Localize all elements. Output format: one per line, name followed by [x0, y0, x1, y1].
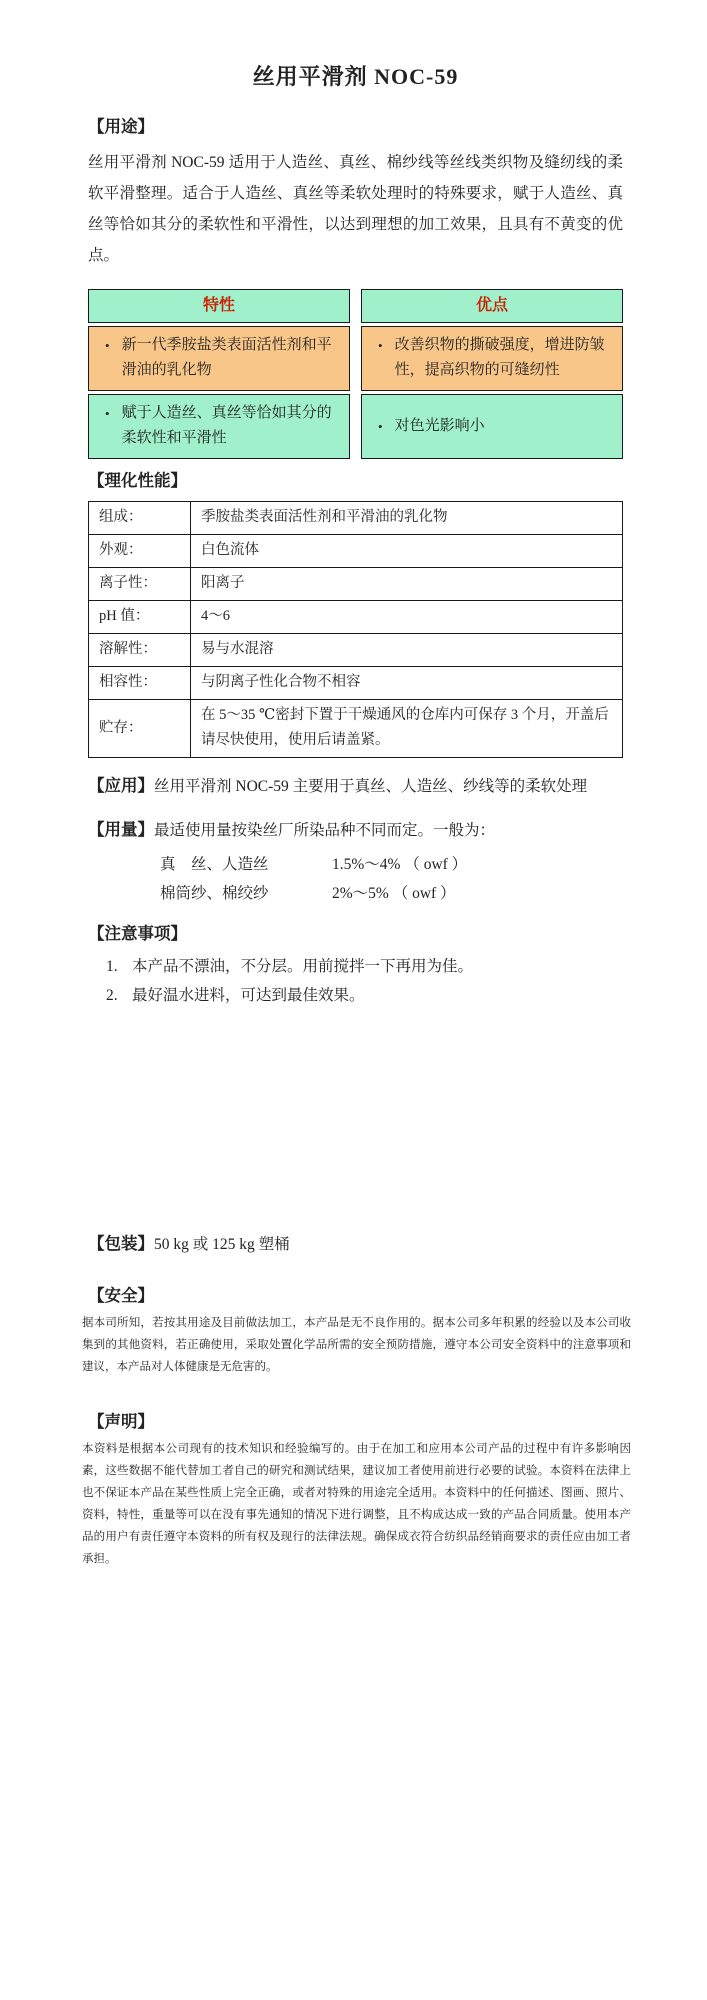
note-number: 2. — [106, 981, 132, 1010]
packaging-heading: 【包装】 — [88, 1234, 154, 1253]
bullet-icon: • — [99, 401, 110, 426]
application-text: 丝用平滑剂 NOC-59 主要用于真丝、人造丝、纱线等的柔软处理 — [154, 778, 587, 795]
table-row: 离子性： 阳离子 — [89, 568, 623, 601]
dosage-heading: 【用量】 — [88, 820, 154, 839]
dosage-item-cotton: 棉筒纱、棉绞纱 2%～5% （ owf ） — [88, 879, 623, 908]
statement-heading: 【声明】 — [88, 1408, 623, 1432]
physchem-label: 外观： — [89, 535, 191, 568]
advantage-2-text: 对色光影响小 — [395, 414, 485, 439]
physchem-value: 阳离子 — [191, 568, 623, 601]
list-item: 2. 最好温水进料，可达到最佳效果。 — [88, 981, 623, 1010]
notes-heading: 【注意事项】 — [88, 920, 623, 944]
table-row: 溶解性： 易与水混溶 — [89, 634, 623, 667]
physchem-heading: 【理化性能】 — [88, 467, 623, 491]
table-row: 相容性： 与阴离子性化合物不相容 — [89, 667, 623, 700]
physchem-label: 溶解性： — [89, 634, 191, 667]
physchem-value: 在 5～35 ℃密封下置于干燥通风的仓库内可保存 3 个月，开盖后请尽快使用，使… — [191, 700, 623, 758]
safety-paragraph: 据本司所知，若按其用途及目前做法加工，本产品是无不良作用的。据本公司多年积累的经… — [82, 1312, 631, 1378]
physchem-value: 白色流体 — [191, 535, 623, 568]
statement-paragraph: 本资料是根据本公司现有的技术知识和经验编写的。由于在加工和应用本公司产品的过程中… — [82, 1438, 631, 1570]
features-advantages-table: 特性 优点 • 新一代季胺盐类表面活性剂和平滑油的乳化物 • 改善织物的撕破强度… — [88, 289, 623, 459]
feature-2-text: 赋于人造丝、真丝等恰如其分的柔软性和平滑性 — [122, 401, 341, 451]
safety-heading: 【安全】 — [88, 1282, 623, 1306]
page-title: 丝用平滑剂 NOC-59 — [88, 60, 623, 91]
note-number: 1. — [106, 952, 132, 981]
table-row: 贮存： 在 5～35 ℃密封下置于干燥通风的仓库内可保存 3 个月，开盖后请尽快… — [89, 700, 623, 758]
table-row: pH 值： 4～6 — [89, 601, 623, 634]
application-line: 【应用】丝用平滑剂 NOC-59 主要用于真丝、人造丝、纱线等的柔软处理 — [88, 770, 623, 802]
dosage-value: 2%～5% （ owf ） — [332, 879, 456, 908]
table-cell-advantage-2: • 对色光影响小 — [361, 394, 623, 459]
physchem-value: 与阴离子性化合物不相容 — [191, 667, 623, 700]
dosage-item-silk: 真 丝、人造丝 1.5%～4% （ owf ） — [88, 850, 623, 879]
physchem-value: 4～6 — [191, 601, 623, 634]
table-cell-feature-2: • 赋于人造丝、真丝等恰如其分的柔软性和平滑性 — [88, 394, 350, 459]
note-text: 本产品不漂油，不分层。用前搅拌一下再用为佳。 — [132, 952, 473, 981]
feature-1-text: 新一代季胺盐类表面活性剂和平滑油的乳化物 — [122, 333, 341, 383]
application-heading: 【应用】 — [88, 776, 154, 795]
note-text: 最好温水进料，可达到最佳效果。 — [132, 981, 365, 1010]
table-cell-feature-1: • 新一代季胺盐类表面活性剂和平滑油的乳化物 — [88, 326, 350, 391]
advantages-header: 优点 — [361, 289, 623, 323]
features-header: 特性 — [88, 289, 350, 323]
physchem-label: pH 值： — [89, 601, 191, 634]
table-row: 组成： 季胺盐类表面活性剂和平滑油的乳化物 — [89, 502, 623, 535]
blank-space — [88, 1010, 623, 1222]
table-row: 外观： 白色流体 — [89, 535, 623, 568]
physchem-label: 组成： — [89, 502, 191, 535]
physchem-value: 易与水混溶 — [191, 634, 623, 667]
bullet-icon: • — [372, 333, 383, 358]
physchem-label: 相容性： — [89, 667, 191, 700]
physchem-label: 贮存： — [89, 700, 191, 758]
bullet-icon: • — [99, 333, 110, 358]
document-page: 丝用平滑剂 NOC-59 【用途】 丝用平滑剂 NOC-59 适用于人造丝、真丝… — [0, 0, 707, 2000]
advantage-1-text: 改善织物的撕破强度，增进防皱性，提高织物的可缝纫性 — [395, 333, 614, 383]
usage-paragraph: 丝用平滑剂 NOC-59 适用于人造丝、真丝、棉纱线等丝线类织物及缝纫线的柔软平… — [88, 147, 623, 271]
packaging-text: 50 kg 或 125 kg 塑桶 — [154, 1236, 290, 1253]
dosage-name: 棉筒纱、棉绞纱 — [160, 879, 332, 908]
bullet-icon: • — [372, 414, 383, 439]
table-cell-advantage-1: • 改善织物的撕破强度，增进防皱性，提高织物的可缝纫性 — [361, 326, 623, 391]
packaging-line: 【包装】50 kg 或 125 kg 塑桶 — [88, 1228, 623, 1260]
list-item: 1. 本产品不漂油，不分层。用前搅拌一下再用为佳。 — [88, 952, 623, 981]
dosage-name: 真 丝、人造丝 — [160, 850, 332, 879]
dosage-line: 【用量】最适使用量按染丝厂所染品种不同而定。一般为： — [88, 814, 623, 846]
physchem-value: 季胺盐类表面活性剂和平滑油的乳化物 — [191, 502, 623, 535]
usage-heading: 【用途】 — [88, 113, 623, 137]
dosage-value: 1.5%～4% （ owf ） — [332, 850, 467, 879]
dosage-intro: 最适使用量按染丝厂所染品种不同而定。一般为： — [154, 822, 495, 839]
physchem-table: 组成： 季胺盐类表面活性剂和平滑油的乳化物 外观： 白色流体 离子性： 阳离子 … — [88, 501, 623, 758]
physchem-label: 离子性： — [89, 568, 191, 601]
